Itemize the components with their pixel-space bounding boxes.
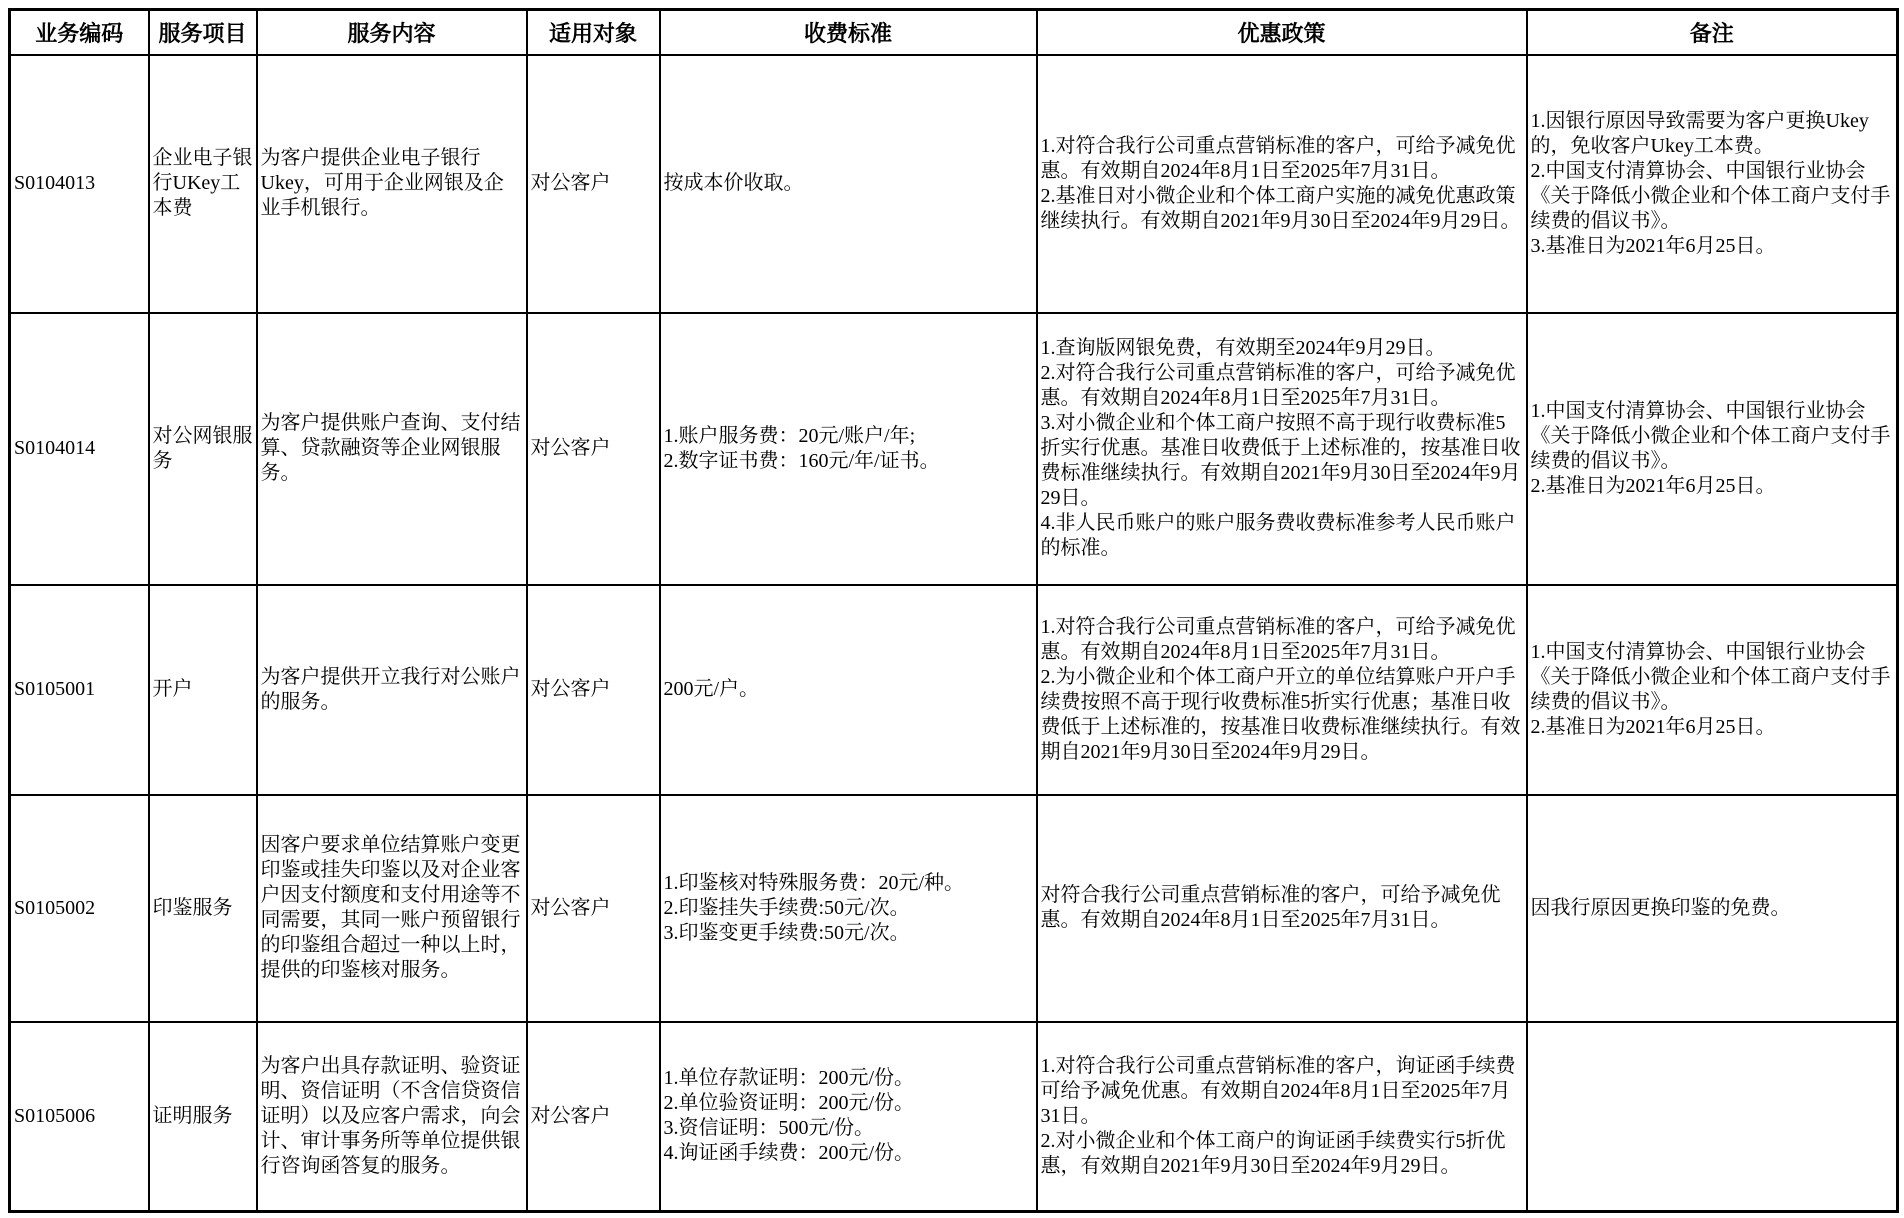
col-header-fee-standard: 收费标准 <box>660 10 1037 55</box>
service-content-cell: 因客户要求单位结算账户变更印鉴或挂失印鉴以及对企业客户因支付额度和支付用途等不同… <box>257 795 527 1022</box>
service-content-cell: 为客户提供企业电子银行Ukey，可用于企业网银及企业手机银行。 <box>257 55 527 313</box>
table-row: S0105006 证明服务 为客户出具存款证明、验资证明、资信证明（不含信贷资信… <box>10 1022 1898 1212</box>
business-code-cell: S0104014 <box>10 313 149 585</box>
discount-policy-cell: 1.对符合我行公司重点营销标准的客户，可给予减免优惠。有效期自2024年8月1日… <box>1037 585 1527 795</box>
service-item-cell: 开户 <box>149 585 257 795</box>
table-row: S0104013 企业电子银行UKey工本费 为客户提供企业电子银行Ukey，可… <box>10 55 1898 313</box>
remarks-cell: 1.因银行原因导致需要为客户更换Ukey的，免收客户Ukey工本费。 2.中国支… <box>1527 55 1898 313</box>
remarks-cell: 1.中国支付清算协会、中国银行业协会《关于降低小微企业和个体工商户支付手续费的倡… <box>1527 313 1898 585</box>
fee-standard-cell: 1.账户服务费：20元/账户/年; 2.数字证书费：160元/年/证书。 <box>660 313 1037 585</box>
fee-standard-cell: 1.单位存款证明：200元/份。 2.单位验资证明：200元/份。 3.资信证明… <box>660 1022 1037 1212</box>
table-row: S0105002 印鉴服务 因客户要求单位结算账户变更印鉴或挂失印鉴以及对企业客… <box>10 795 1898 1022</box>
business-code-cell: S0105002 <box>10 795 149 1022</box>
table-row: S0104014 对公网银服务 为客户提供账户查询、支付结算、贷款融资等企业网银… <box>10 313 1898 585</box>
col-header-service-content: 服务内容 <box>257 10 527 55</box>
service-item-cell: 证明服务 <box>149 1022 257 1212</box>
fee-schedule-table: 业务编码 服务项目 服务内容 适用对象 收费标准 优惠政策 备注 S010401… <box>8 8 1899 1213</box>
fee-standard-cell: 200元/户。 <box>660 585 1037 795</box>
service-item-cell: 企业电子银行UKey工本费 <box>149 55 257 313</box>
service-item-cell: 印鉴服务 <box>149 795 257 1022</box>
remarks-cell: 因我行原因更换印鉴的免费。 <box>1527 795 1898 1022</box>
col-header-remarks: 备注 <box>1527 10 1898 55</box>
applicable-target-cell: 对公客户 <box>527 313 660 585</box>
col-header-applicable-target: 适用对象 <box>527 10 660 55</box>
applicable-target-cell: 对公客户 <box>527 55 660 313</box>
remarks-cell <box>1527 1022 1898 1212</box>
fee-standard-cell: 按成本价收取。 <box>660 55 1037 313</box>
applicable-target-cell: 对公客户 <box>527 1022 660 1212</box>
table-header-row: 业务编码 服务项目 服务内容 适用对象 收费标准 优惠政策 备注 <box>10 10 1898 55</box>
remarks-cell: 1.中国支付清算协会、中国银行业协会《关于降低小微企业和个体工商户支付手续费的倡… <box>1527 585 1898 795</box>
table-row: S0105001 开户 为客户提供开立我行对公账户的服务。 对公客户 200元/… <box>10 585 1898 795</box>
business-code-cell: S0104013 <box>10 55 149 313</box>
discount-policy-cell: 1.对符合我行公司重点营销标准的客户，询证函手续费可给予减免优惠。有效期自202… <box>1037 1022 1527 1212</box>
applicable-target-cell: 对公客户 <box>527 585 660 795</box>
fee-standard-cell: 1.印鉴核对特殊服务费：20元/种。 2.印鉴挂失手续费:50元/次。 3.印鉴… <box>660 795 1037 1022</box>
business-code-cell: S0105001 <box>10 585 149 795</box>
discount-policy-cell: 对符合我行公司重点营销标准的客户，可给予减免优惠。有效期自2024年8月1日至2… <box>1037 795 1527 1022</box>
discount-policy-cell: 1.对符合我行公司重点营销标准的客户，可给予减免优惠。有效期自2024年8月1日… <box>1037 55 1527 313</box>
service-content-cell: 为客户出具存款证明、验资证明、资信证明（不含信贷资信证明）以及应客户需求，向会计… <box>257 1022 527 1212</box>
discount-policy-cell: 1.查询版网银免费，有效期至2024年9月29日。 2.对符合我行公司重点营销标… <box>1037 313 1527 585</box>
service-item-cell: 对公网银服务 <box>149 313 257 585</box>
document-page: 业务编码 服务项目 服务内容 适用对象 收费标准 优惠政策 备注 S010401… <box>0 0 1904 1218</box>
col-header-service-item: 服务项目 <box>149 10 257 55</box>
col-header-business-code: 业务编码 <box>10 10 149 55</box>
business-code-cell: S0105006 <box>10 1022 149 1212</box>
service-content-cell: 为客户提供账户查询、支付结算、贷款融资等企业网银服务。 <box>257 313 527 585</box>
service-content-cell: 为客户提供开立我行对公账户的服务。 <box>257 585 527 795</box>
applicable-target-cell: 对公客户 <box>527 795 660 1022</box>
col-header-discount-policy: 优惠政策 <box>1037 10 1527 55</box>
